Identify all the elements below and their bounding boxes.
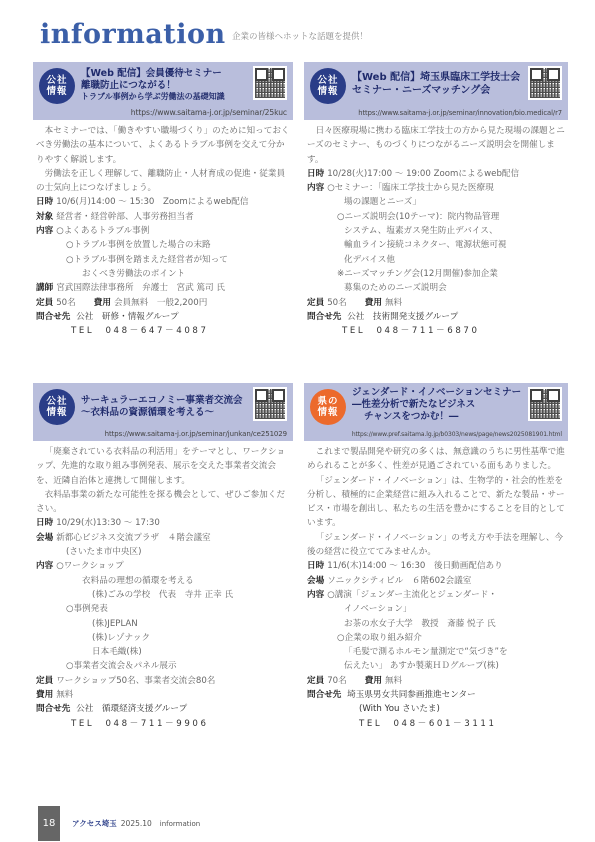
article-title: サーキュラーエコノミー事業者交流会 ～衣料品の資源循環を考える～ <box>81 395 243 419</box>
qr-code-icon[interactable] <box>528 66 562 100</box>
article-title: 【Web 配信】埼玉県臨床工学技士会 セミナー・ニーズマッチング会 <box>352 71 518 97</box>
event-lecturer: 宮武国際法律事務所 弁護士 宮武 篤司 氏 <box>56 283 225 293</box>
article-url-link[interactable]: https://www.saitama-j.or.jp/seminar/junk… <box>105 430 287 438</box>
badge-public-corp-info: 公社 情報 <box>310 68 346 104</box>
event-datetime: 10/6(月)14:00 ～ 15:30 Zoomによるweb配信 <box>56 197 248 207</box>
issue-date: 2025.10 <box>121 819 152 828</box>
page-title: information <box>40 20 226 50</box>
magazine-name: アクセス埼玉 <box>72 818 117 829</box>
page-number: 18 <box>38 806 60 841</box>
article-url-link[interactable]: https://www.saitama-j.or.jp/seminar/25ku… <box>131 108 287 117</box>
article-labor-law-seminar: 公社 情報 【Web 配信】会員優待セミナー 離職防止につながる！ トラブル事例… <box>33 62 293 338</box>
contact-phone: TEL 048－647－4087 <box>36 324 290 338</box>
badge-prefecture-info: 県の 情報 <box>310 389 346 425</box>
page-header: information <box>40 14 226 50</box>
page-subtitle: 企業の皆様へホットな話題を提供！ <box>232 30 368 42</box>
contact-phone: TEL 048－711－6870 <box>307 324 565 338</box>
contact-phone: TEL 048－601－3111 <box>307 717 565 731</box>
article-title: 【Web 配信】会員優待セミナー 離職防止につながる！ トラブル事例から学ぶ労働… <box>81 68 243 103</box>
article-banner: 公社 情報 サーキュラーエコノミー事業者交流会 ～衣料品の資源循環を考える～ h… <box>33 383 293 441</box>
article-body: 日々医療現場に携わる臨床工学技士の方から見た現場の課題とニーズのセミナー、ものづ… <box>304 120 568 338</box>
qr-code-icon[interactable] <box>253 387 287 421</box>
article-title: ジェンダード・イノベーションセミナー ―性差分析で新たなビジネス チャンスをつか… <box>352 387 518 423</box>
article-url-link[interactable]: https://www.saitama-j.or.jp/seminar/inno… <box>358 109 562 117</box>
article-banner: 公社 情報 【Web 配信】埼玉県臨床工学技士会 セミナー・ニーズマッチング会 … <box>304 62 568 120</box>
event-datetime: 11/6(木)14:00 ～ 16:30 後日動画配信あり <box>327 561 503 571</box>
event-datetime: 10/28(火)17:00 ～ 19:00 Zoomによるweb配信 <box>327 169 519 179</box>
qr-code-icon[interactable] <box>253 66 287 100</box>
article-clinical-engineer-seminar: 公社 情報 【Web 配信】埼玉県臨床工学技士会 セミナー・ニーズマッチング会 … <box>304 62 568 338</box>
badge-public-corp-info: 公社 情報 <box>39 389 75 425</box>
event-target: 経営者・経営幹部、人事労務担当者 <box>56 212 194 222</box>
article-banner: 県の 情報 ジェンダード・イノベーションセミナー ―性差分析で新たなビジネス チ… <box>304 383 568 441</box>
article-body: これまで製品開発や研究の多くは、無意識のうちに男性基準で進められることが多く、性… <box>304 441 568 731</box>
article-banner: 公社 情報 【Web 配信】会員優待セミナー 離職防止につながる！ トラブル事例… <box>33 62 293 120</box>
section-name: information <box>160 820 200 828</box>
article-body: 本セミナーでは、「働きやすい職場づくり」のために知っておくべき労働法の基本につい… <box>33 120 293 338</box>
article-url-link[interactable]: https://www.pref.saitama.lg.jp/b0303/new… <box>352 431 562 438</box>
page-footer: 18 アクセス埼玉 2025.10 information <box>38 806 200 841</box>
event-venue: 新都心ビジネス交流プラザ ４階会議室 <box>56 533 210 543</box>
contact-phone: TEL 048－711－9906 <box>36 717 290 731</box>
event-venue: ソニックシティビル ６階602会議室 <box>327 576 471 586</box>
article-gendered-innovation-seminar: 県の 情報 ジェンダード・イノベーションセミナー ―性差分析で新たなビジネス チ… <box>304 383 568 731</box>
article-circular-economy-exchange: 公社 情報 サーキュラーエコノミー事業者交流会 ～衣料品の資源循環を考える～ h… <box>33 383 293 731</box>
badge-public-corp-info: 公社 情報 <box>39 68 75 104</box>
qr-code-icon[interactable] <box>528 387 562 421</box>
article-body: 「廃棄されている衣料品の利活用」をテーマとし、ワークショップ、先進的な取り組み事… <box>33 441 293 731</box>
event-datetime: 10/29(水)13:30 ～ 17:30 <box>56 518 160 528</box>
